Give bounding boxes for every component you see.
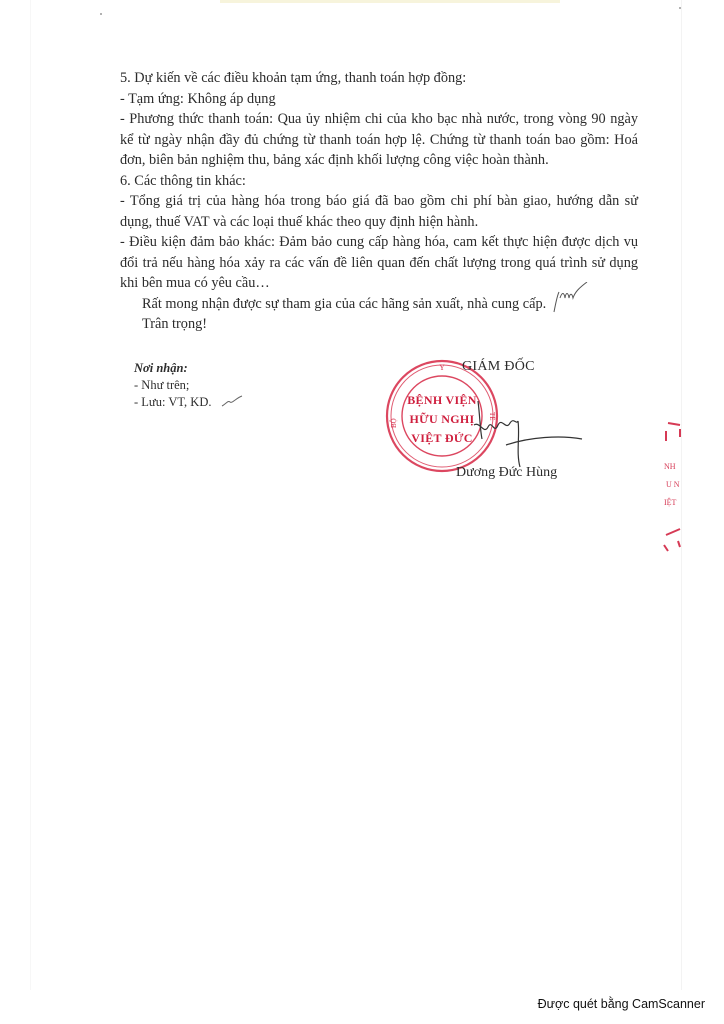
svg-text:Y: Y xyxy=(439,363,445,372)
scan-speck xyxy=(679,7,681,9)
initials-scribble-icon xyxy=(548,282,608,318)
handwritten-signature-icon xyxy=(470,395,590,475)
scanned-page: 5. Dự kiến về các điều khoản tạm ứng, th… xyxy=(0,0,724,1024)
recipient-item: - Như trên; xyxy=(134,377,211,394)
adjacent-page-stamp-fragment-icon: NH U N IỆT xyxy=(660,415,684,565)
recipients-block: Nơi nhận: - Như trên; - Lưu: VT, KD. xyxy=(134,360,211,411)
signature-block: Y BỘ TẾ BỆNH VIỆN HỮU NGHỊ VIỆT ĐỨC GIÁM… xyxy=(380,350,620,500)
recipient-item: - Lưu: VT, KD. xyxy=(134,394,211,411)
total-value-paragraph: - Tổng giá trị của hàng hóa trong báo gi… xyxy=(120,191,638,232)
signer-role: GIÁM ĐỐC xyxy=(462,359,535,375)
svg-text:IỆT: IỆT xyxy=(664,497,677,507)
signer-name: Dương Đức Hùng xyxy=(456,465,557,481)
scan-speck xyxy=(100,13,102,15)
scan-top-tint xyxy=(220,0,560,3)
initials-scribble-icon xyxy=(220,394,246,408)
section-5-heading: 5. Dự kiến về các điều khoản tạm ứng, th… xyxy=(120,68,638,89)
camscanner-watermark: Được quét bằng CamScanner xyxy=(538,997,705,1011)
recipients-title: Nơi nhận: xyxy=(134,360,211,377)
svg-text:NH: NH xyxy=(664,462,676,471)
section-6-heading: 6. Các thông tin khác: xyxy=(120,171,638,192)
svg-text:BỘ: BỘ xyxy=(390,418,398,428)
payment-method-paragraph: - Phương thức thanh toán: Qua ủy nhiệm c… xyxy=(120,109,638,171)
svg-text:U N: U N xyxy=(666,480,680,489)
advance-payment-line: - Tạm ứng: Không áp dụng xyxy=(120,89,638,110)
